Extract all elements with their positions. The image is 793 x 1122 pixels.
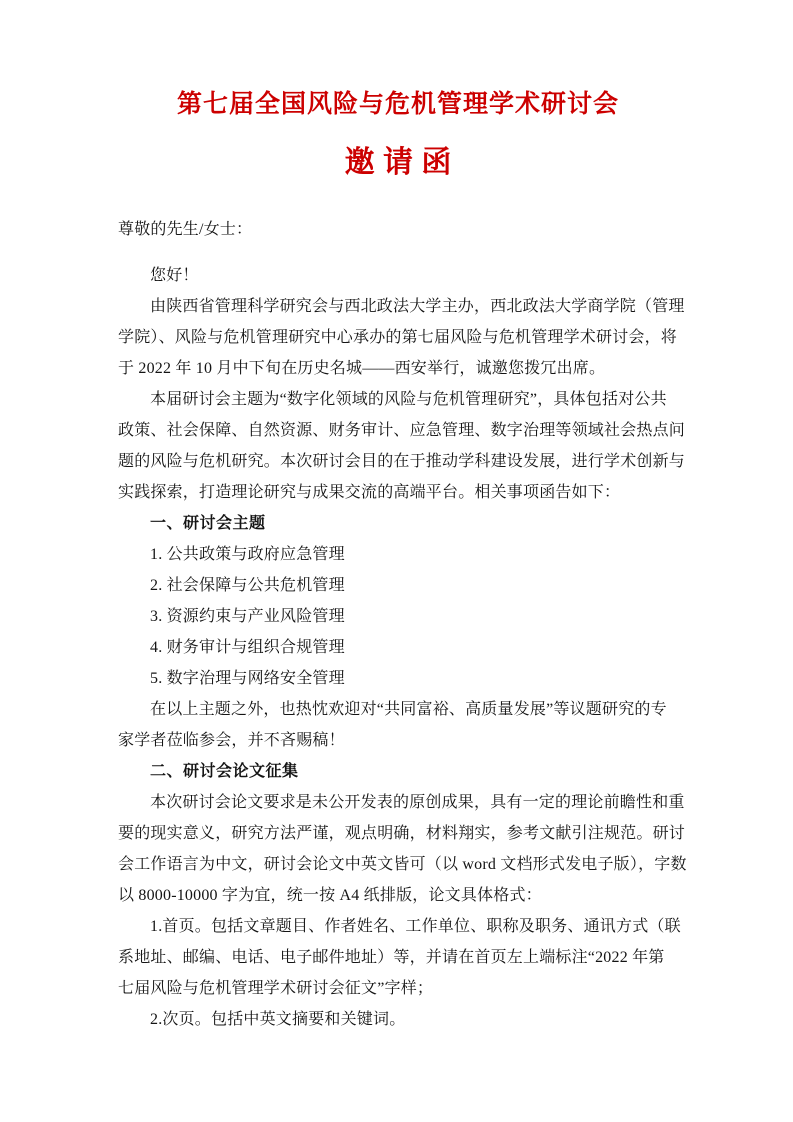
intro-paragraph-line: 于 2022 年 10 月中下旬在历史名城——西安举行，诚邀您拨冗出席。 xyxy=(118,353,678,384)
topic-item-3: 3. 资源约束与产业风险管理 xyxy=(118,601,678,632)
paper-requirements-line: 要的现实意义，研究方法严谨，观点明确，材料翔实，参考文献引注规范。研讨 xyxy=(118,818,678,849)
welcome-paragraph-line: 家学者莅临参会，并不吝赐稿！ xyxy=(118,725,678,756)
format-item-1-line: 七届风险与危机管理学术研讨会征文”字样； xyxy=(118,973,678,1004)
theme-paragraph-line: 本届研讨会主题为“数字化领域的风险与危机管理研究”，具体包括对公共 xyxy=(118,384,678,415)
section-2-heading: 二、研讨会论文征集 xyxy=(118,756,678,787)
greeting-line: 您好！ xyxy=(118,260,678,291)
format-item-1-line: 系地址、邮编、电话、电子邮件地址）等，并请在首页左上端标注“2022 年第 xyxy=(118,942,678,973)
document-title: 第七届全国风险与危机管理学术研讨会 xyxy=(118,86,678,122)
topic-item-1: 1. 公共政策与政府应急管理 xyxy=(118,539,678,570)
format-item-2-line: 2.次页。包括中英文摘要和关键词。 xyxy=(118,1004,678,1035)
intro-paragraph-line: 学院）、风险与危机管理研究中心承办的第七届风险与危机管理学术研讨会，将 xyxy=(118,322,678,353)
paper-requirements-line: 本次研讨会论文要求是未公开发表的原创成果，具有一定的理论前瞻性和重 xyxy=(118,787,678,818)
intro-paragraph-line: 由陕西省管理科学研究会与西北政法大学主办，西北政法大学商学院（管理 xyxy=(118,291,678,322)
topic-item-5: 5. 数字治理与网络安全管理 xyxy=(118,663,678,694)
paper-requirements-line: 会工作语言为中文，研讨会论文中英文皆可（以 word 文档形式发电子版），字数 xyxy=(118,849,678,880)
topic-item-2: 2. 社会保障与公共危机管理 xyxy=(118,570,678,601)
section-1-heading: 一、研讨会主题 xyxy=(118,508,678,539)
paper-requirements-line: 以 8000-10000 字为宜，统一按 A4 纸排版，论文具体格式： xyxy=(118,880,678,911)
document-page: 第七届全国风险与危机管理学术研讨会 邀 请 函 尊敬的先生/女士： 您好！ 由陕… xyxy=(0,0,793,1122)
welcome-paragraph-line: 在以上主题之外，也热忱欢迎对“共同富裕、高质量发展”等议题研究的专 xyxy=(118,694,678,725)
document-content: 第七届全国风险与危机管理学术研讨会 邀 请 函 尊敬的先生/女士： 您好！ 由陕… xyxy=(0,86,793,1035)
theme-paragraph-line: 题的风险与危机研究。本次研讨会目的在于推动学科建设发展，进行学术创新与 xyxy=(118,446,678,477)
topic-item-4: 4. 财务审计与组织合规管理 xyxy=(118,632,678,663)
theme-paragraph-line: 实践探索，打造理论研究与成果交流的高端平台。相关事项函告如下： xyxy=(118,477,678,508)
theme-paragraph-line: 政策、社会保障、自然资源、财务审计、应急管理、数字治理等领域社会热点问 xyxy=(118,415,678,446)
salutation-line: 尊敬的先生/女士： xyxy=(118,214,678,245)
format-item-1-line: 1.首页。包括文章题目、作者姓名、工作单位、职称及职务、通讯方式（联 xyxy=(118,911,678,942)
document-subtitle: 邀 请 函 xyxy=(118,142,678,184)
document-body: 尊敬的先生/女士： 您好！ 由陕西省管理科学研究会与西北政法大学主办，西北政法大… xyxy=(118,214,678,1035)
